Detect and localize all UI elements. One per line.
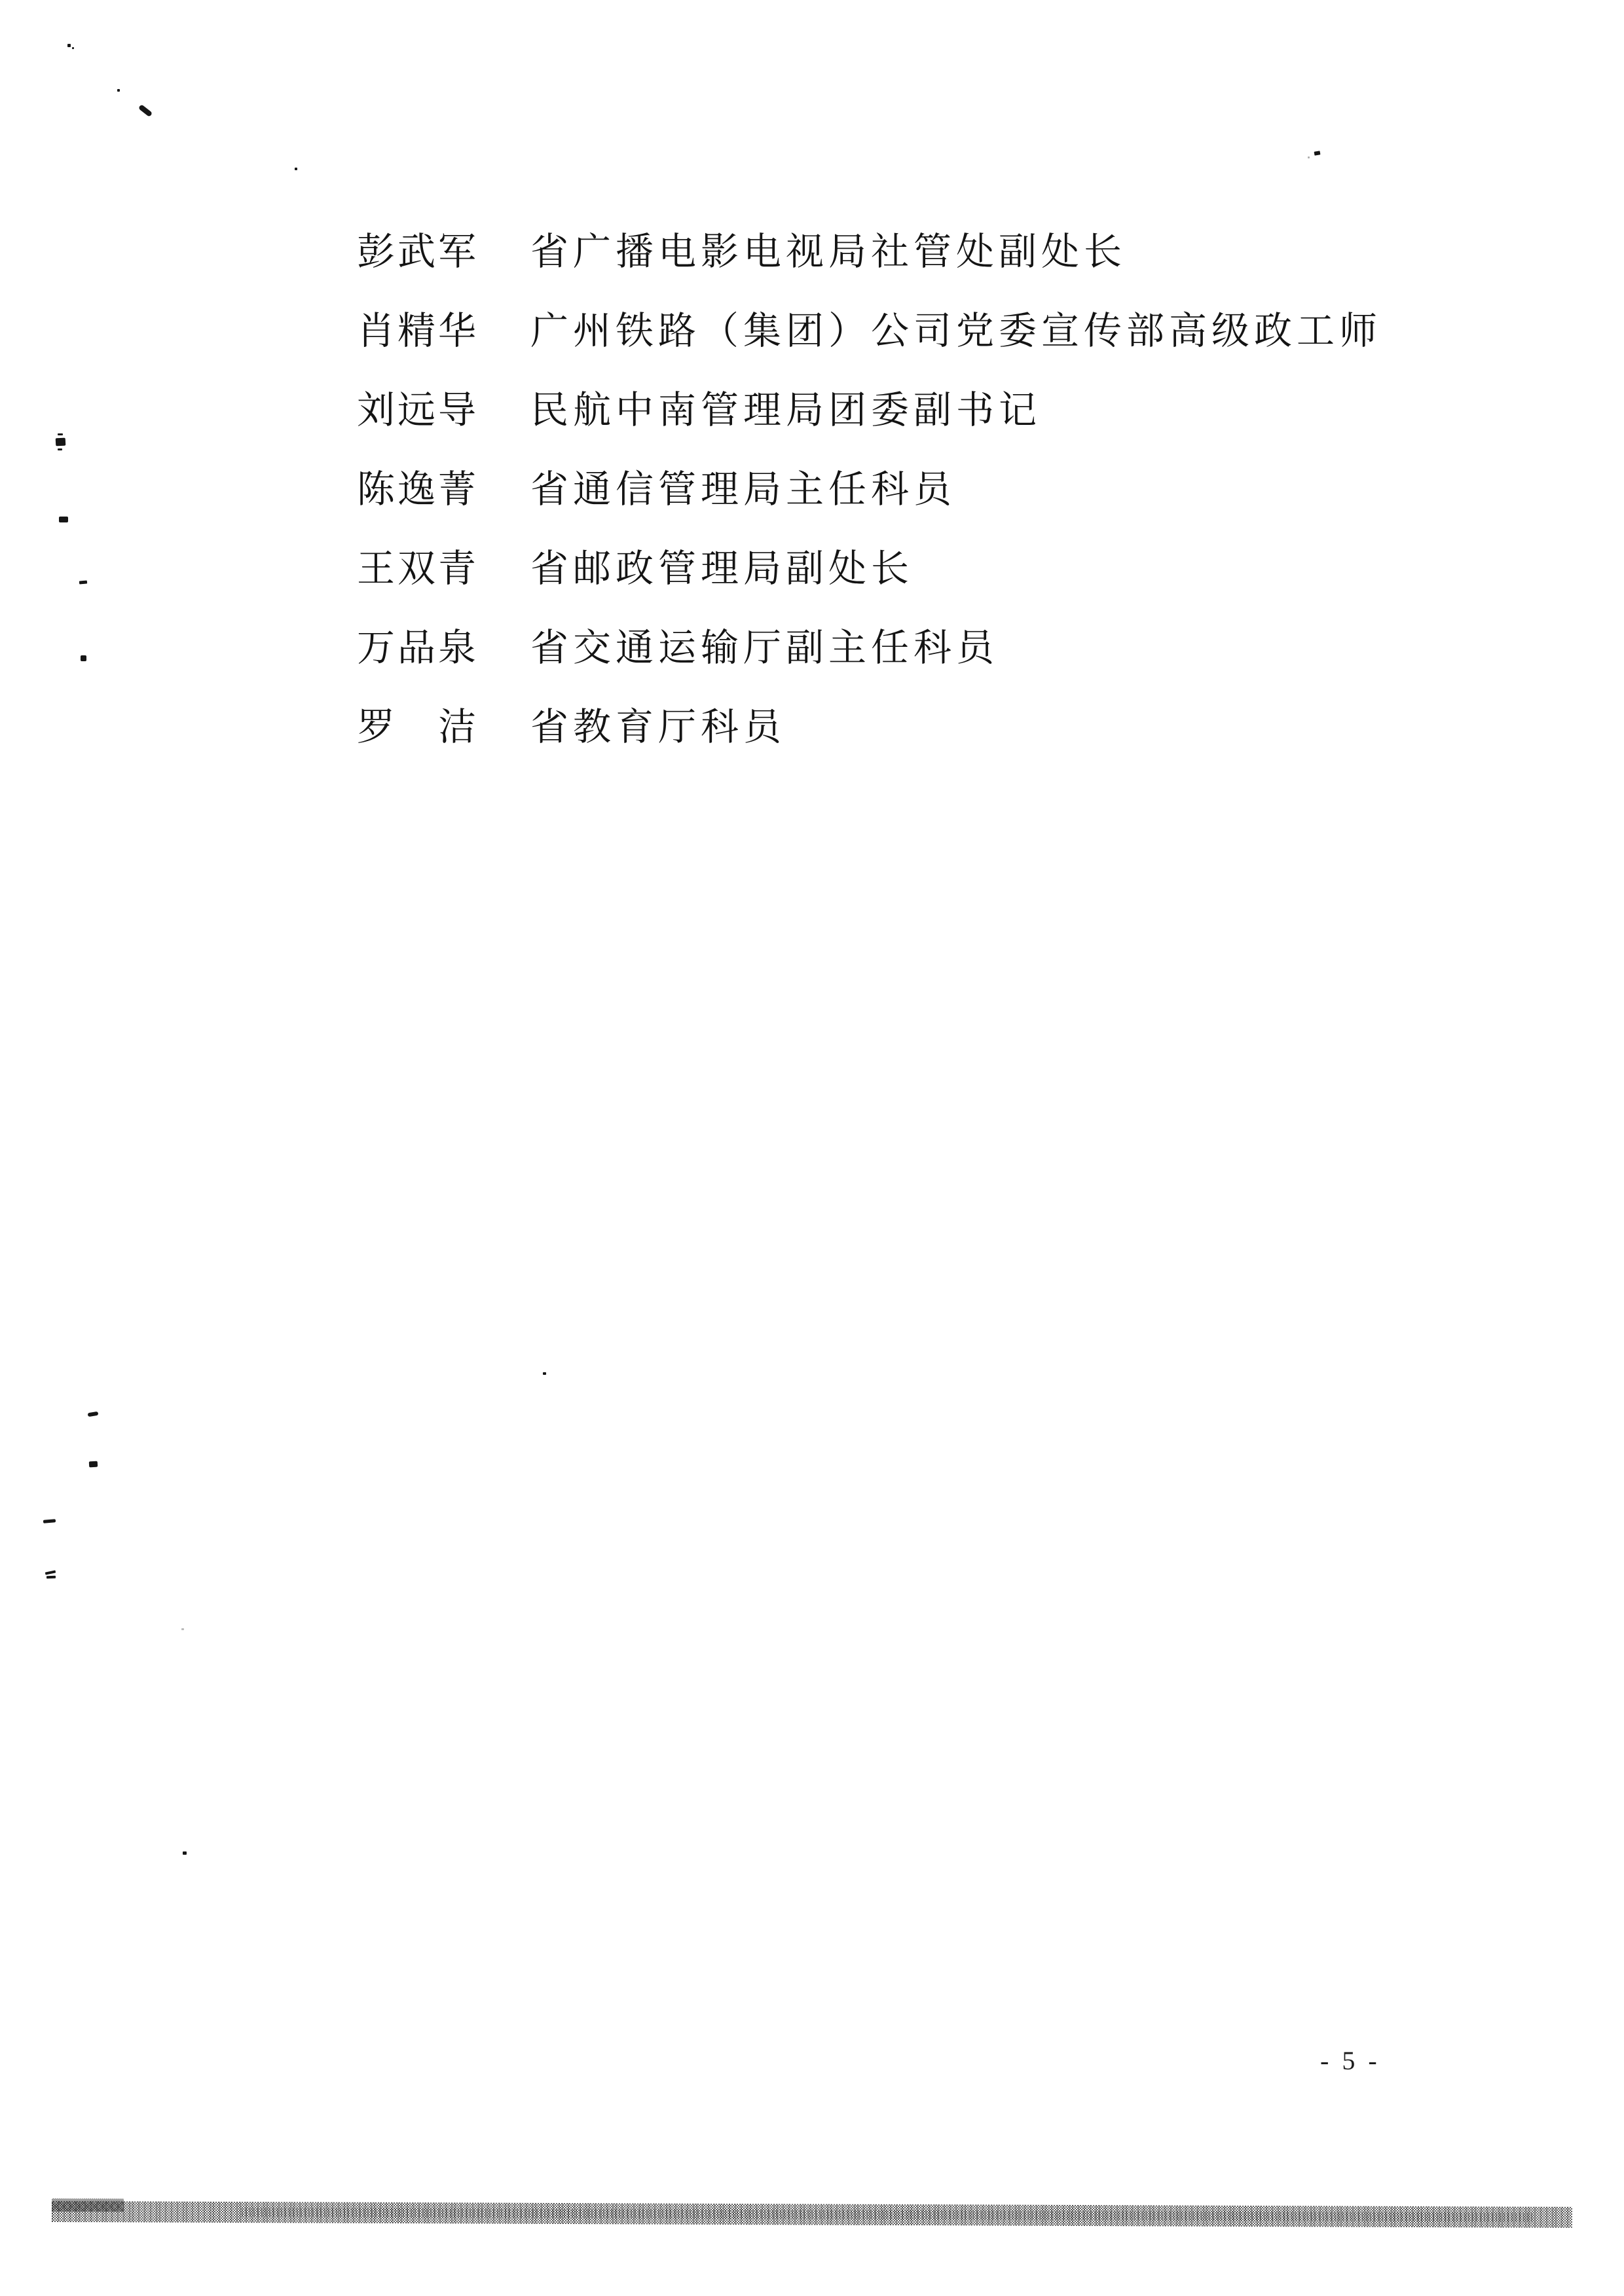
person-name: 万品泉 <box>357 629 485 667</box>
person-title: 省广播电影电视局社管处副处长 <box>530 233 1126 271</box>
person-name: 彭武军 <box>357 233 485 271</box>
scan-mark <box>45 1570 56 1575</box>
roster-row: 罗 洁 省教育厅科员 <box>357 687 1382 767</box>
scan-mark <box>58 448 62 450</box>
scan-mark <box>59 517 68 522</box>
person-name: 罗 洁 <box>357 708 485 746</box>
scan-mark <box>79 580 87 584</box>
person-title: 省教育厅科员 <box>530 708 786 746</box>
roster-row: 彭武军 省广播电影电视局社管处副处长 <box>357 212 1382 291</box>
scan-mark <box>89 1461 98 1468</box>
scan-mark <box>46 1576 56 1578</box>
roster-row: 王双青 省邮政管理局副处长 <box>357 529 1382 608</box>
scan-noise-band <box>52 2201 1572 2228</box>
scan-mark <box>81 655 86 661</box>
scan-speck <box>1314 151 1321 155</box>
person-title: 省交通运输厅副主任科员 <box>530 629 999 667</box>
scan-speck <box>295 168 297 170</box>
person-title: 民航中南管理局团委副书记 <box>530 392 1041 429</box>
scan-speck <box>1308 156 1310 158</box>
person-title: 省通信管理局主任科员 <box>530 471 956 509</box>
person-name: 刘远导 <box>357 392 485 429</box>
scan-speck <box>543 1372 546 1375</box>
page-number: - 5 - <box>1320 2048 1380 2074</box>
roster: 彭武军 省广播电影电视局社管处副处长 肖精华 广州铁路（集团）公司党委宣传部高级… <box>357 212 1382 767</box>
scan-mark <box>58 433 63 435</box>
person-title: 省邮政管理局副处长 <box>530 550 913 588</box>
scan-speck <box>117 89 120 92</box>
person-title: 广州铁路（集团）公司党委宣传部高级政工师 <box>530 312 1382 350</box>
roster-row: 肖精华 广州铁路（集团）公司党委宣传部高级政工师 <box>357 291 1382 371</box>
scan-speck <box>72 47 74 49</box>
person-name: 王双青 <box>357 550 485 588</box>
scan-stroke <box>138 104 153 117</box>
person-name: 陈逸菁 <box>357 471 485 509</box>
scan-mark <box>88 1412 99 1417</box>
scan-speck <box>67 44 71 47</box>
scanned-page: 彭武军 省广播电影电视局社管处副处长 肖精华 广州铁路（集团）公司党委宣传部高级… <box>0 0 1624 2296</box>
roster-row: 万品泉 省交通运输厅副主任科员 <box>357 608 1382 687</box>
scan-mark <box>43 1519 56 1523</box>
scan-mark <box>56 438 66 446</box>
scan-speck <box>181 1628 184 1630</box>
roster-row: 刘远导 民航中南管理局团委副书记 <box>357 371 1382 450</box>
scan-speck <box>183 1851 187 1855</box>
person-name: 肖精华 <box>357 312 485 350</box>
roster-row: 陈逸菁 省通信管理局主任科员 <box>357 450 1382 529</box>
